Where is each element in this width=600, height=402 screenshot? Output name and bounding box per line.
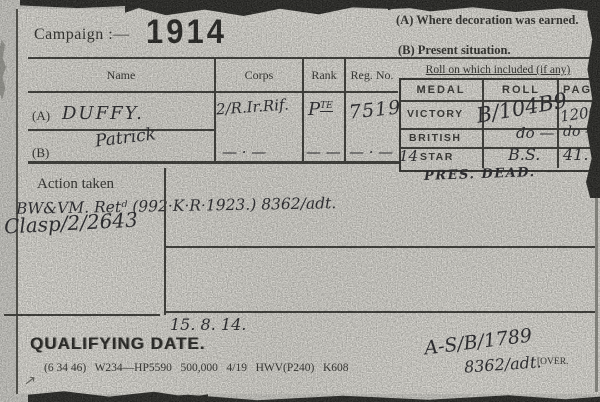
star-page-entry: 41. bbox=[563, 145, 588, 164]
star-roll-entry: B.S. bbox=[508, 145, 540, 164]
qualifying-date-value: 15. 8. 14. bbox=[170, 315, 246, 334]
note-present-situation: (B) Present situation. bbox=[398, 43, 511, 58]
medal-col-header: MEDAL bbox=[401, 84, 481, 96]
medal-roll-title: Roll on which included (if any) bbox=[400, 64, 596, 76]
scan-right-faint-edge bbox=[595, 198, 598, 392]
col-header-name: Name bbox=[28, 68, 214, 83]
col-header-rank: Rank bbox=[304, 68, 344, 83]
rank-value: PTE bbox=[308, 99, 333, 120]
col-header-reg-no: Reg. No. bbox=[346, 68, 398, 83]
medal-index-card-scan: Campaign :— 1914 (A) Where decoration wa… bbox=[0, 0, 600, 402]
victory-medal-label: VICTORY bbox=[407, 108, 464, 120]
surname-value: DUFFY. bbox=[62, 103, 144, 124]
rank-base: P bbox=[308, 99, 320, 120]
campaign-label: Campaign :— bbox=[34, 26, 130, 44]
mid-rule bbox=[165, 246, 598, 248]
qualifying-date-stamp: QUALIFYING DATE. bbox=[30, 334, 205, 354]
pencil-arrow-mark: ↗ bbox=[23, 372, 37, 390]
lower-section-divider bbox=[164, 168, 166, 315]
note-where-decoration-earned: (A) Where decoration was earned. bbox=[396, 13, 579, 28]
row-b-label: (B) bbox=[32, 145, 49, 161]
regno-ditto-dash: — · — bbox=[349, 143, 393, 161]
corps-ditto-dash: — · — bbox=[222, 143, 266, 161]
star-prefix-handwritten: 14 bbox=[399, 147, 418, 165]
rank-ditto-dash: — — bbox=[306, 143, 341, 161]
star-medal-label: STAR bbox=[420, 151, 454, 163]
lower-left-rule bbox=[4, 314, 160, 316]
column-header-rule bbox=[28, 91, 398, 93]
over-note: [OVER. bbox=[537, 357, 568, 367]
action-taken-label: Action taken bbox=[37, 176, 114, 193]
british-medal-label: BRITISH bbox=[409, 132, 462, 144]
print-code: (6 34 46) W234—HP5590 500,000 4/19 HWV(P… bbox=[44, 362, 349, 374]
col-header-corps: Corps bbox=[216, 68, 302, 83]
header-separator-rule bbox=[28, 57, 598, 59]
binding-mark bbox=[0, 40, 7, 100]
campaign-1914-stamp: 1914 bbox=[146, 12, 227, 52]
lower-right-rule bbox=[165, 311, 598, 313]
british-roll-entry: do — bbox=[516, 124, 554, 142]
rank-superscript: TE bbox=[320, 101, 333, 112]
row-a-label: (A) bbox=[32, 108, 50, 124]
